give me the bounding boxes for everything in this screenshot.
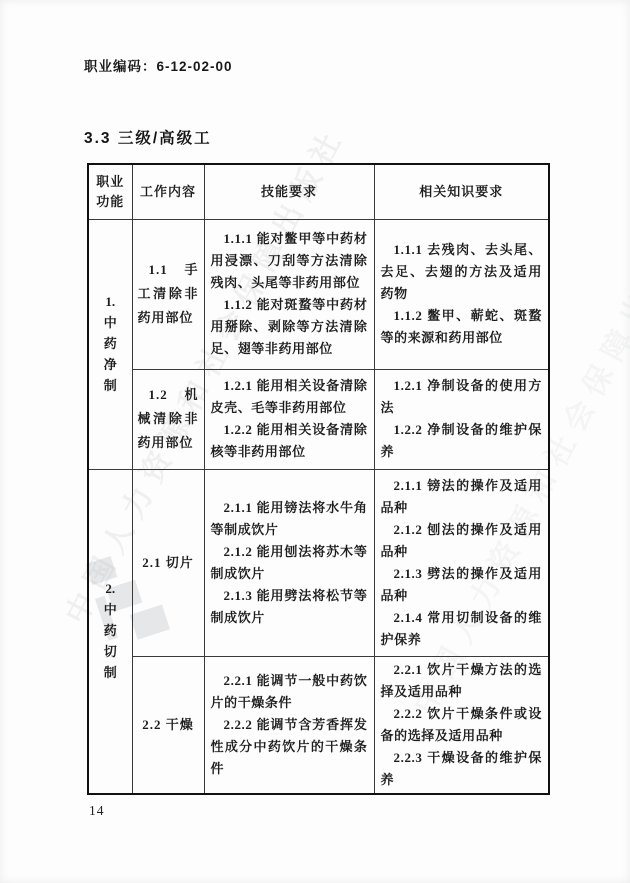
skill-item: 2.2.2 能调节含芳香挥发性成分中药饮片的干燥条件: [208, 714, 371, 780]
skill-cell-2-2: 2.2.1 能调节一般中药饮片的干燥条件 2.2.2 能调节含芳香挥发性成分中药…: [204, 656, 374, 794]
function-number: 2.: [92, 579, 129, 599]
knowledge-item: 1.2.2 净制设备的维护保养: [378, 419, 546, 463]
knowledge-item: 2.2.1 饮片干燥方法的选择及适用品种: [378, 659, 546, 703]
function-cell-1: 1. 中药净制: [88, 219, 132, 469]
table-header-row: 职业功能 工作内容 技能要求 相关知识要求: [88, 164, 549, 219]
page-number: 14: [89, 803, 105, 819]
skill-item: 2.2.1 能调节一般中药饮片的干燥条件: [208, 670, 371, 714]
skill-item: 1.2.2 能用相关设备清除核等非药用部位: [208, 419, 371, 463]
knowledge-item: 2.1.3 劈法的操作及适用品种: [378, 563, 546, 607]
document-page: 中国人力资源和社会保障出版社 中国人力资源和社会保障出版社 职业编码：6-12-…: [0, 0, 630, 883]
work-cell-2-2: 2.2 干燥: [132, 656, 204, 794]
work-item: 1.1 手工清除非药用部位: [136, 258, 201, 330]
work-item: 2.1 切片: [136, 551, 201, 575]
knowledge-item: 2.1.4 常用切制设备的维护保养: [378, 607, 546, 651]
knowledge-cell-2-2: 2.2.1 饮片干燥方法的选择及适用品种 2.2.2 饮片干燥条件或设备的选择及…: [374, 656, 549, 794]
knowledge-cell-2-1: 2.1.1 镑法的操作及适用品种 2.1.2 刨法的操作及适用品种 2.1.3 …: [374, 469, 549, 656]
col-header-work: 工作内容: [132, 164, 204, 219]
function-name: 中药净制: [104, 312, 117, 396]
work-item: 1.2 机械清除非药用部位: [136, 383, 201, 455]
knowledge-item: 2.1.2 刨法的操作及适用品种: [378, 519, 546, 563]
skill-item: 2.1.3 能用劈法将松节等制成饮片: [208, 585, 371, 629]
table-row: 2. 中药切制 2.1 切片 2.1.1 能用镑法将水牛角等制成饮片 2.1.2…: [88, 469, 549, 656]
knowledge-item: 1.2.1 净制设备的使用方法: [378, 375, 546, 419]
skill-item: 1.1.1 能对鳖甲等中药材用浸漂、刀刮等方法清除残肉、头尾等非药用部位: [208, 228, 371, 294]
knowledge-item: 1.1.1 去残肉、去头尾、去足、去翅的方法及适用药物: [378, 239, 546, 305]
work-cell-1-2: 1.2 机械清除非药用部位: [132, 369, 204, 469]
skill-cell-1-1: 1.1.1 能对鳖甲等中药材用浸漂、刀刮等方法清除残肉、头尾等非药用部位 1.1…: [204, 219, 374, 369]
function-number: 1.: [92, 292, 129, 312]
function-name: 中药切制: [104, 599, 117, 683]
requirements-table: 职业功能 工作内容 技能要求 相关知识要求 1. 中药净制 1.1 手工清除非药…: [87, 163, 550, 795]
knowledge-item: 2.2.3 干燥设备的维护保养: [378, 747, 546, 791]
skill-cell-2-1: 2.1.1 能用镑法将水牛角等制成饮片 2.1.2 能用刨法将苏木等制成饮片 2…: [204, 469, 374, 656]
knowledge-item: 2.1.1 镑法的操作及适用品种: [378, 475, 546, 519]
table-row: 2.2 干燥 2.2.1 能调节一般中药饮片的干燥条件 2.2.2 能调节含芳香…: [88, 656, 549, 794]
work-item: 2.2 干燥: [136, 713, 201, 737]
occupation-code: 职业编码：6-12-02-00: [84, 55, 233, 75]
knowledge-item: 2.2.2 饮片干燥条件或设备的选择及适用品种: [378, 703, 546, 747]
table-row: 1. 中药净制 1.1 手工清除非药用部位 1.1.1 能对鳖甲等中药材用浸漂、…: [88, 219, 549, 369]
knowledge-item: 1.1.2 鳖甲、蕲蛇、斑蝥等的来源和药用部位: [378, 305, 546, 349]
skill-item: 1.1.2 能对斑蝥等中药材用掰除、剥除等方法清除足、翅等非药用部位: [208, 294, 371, 360]
skill-item: 2.1.2 能用刨法将苏木等制成饮片: [208, 541, 371, 585]
col-header-skill: 技能要求: [204, 164, 374, 219]
work-cell-1-1: 1.1 手工清除非药用部位: [132, 219, 204, 369]
col-header-knowledge: 相关知识要求: [374, 164, 549, 219]
knowledge-cell-1-1: 1.1.1 去残肉、去头尾、去足、去翅的方法及适用药物 1.1.2 鳖甲、蕲蛇、…: [374, 219, 549, 369]
skill-item: 2.1.1 能用镑法将水牛角等制成饮片: [208, 497, 371, 541]
section-heading: 3.3 三级/高级工: [84, 126, 212, 148]
function-cell-2: 2. 中药切制: [88, 469, 132, 794]
skill-item: 1.2.1 能用相关设备清除皮壳、毛等非药用部位: [208, 375, 371, 419]
skill-cell-1-2: 1.2.1 能用相关设备清除皮壳、毛等非药用部位 1.2.2 能用相关设备清除核…: [204, 369, 374, 469]
knowledge-cell-1-2: 1.2.1 净制设备的使用方法 1.2.2 净制设备的维护保养: [374, 369, 549, 469]
col-header-function: 职业功能: [88, 164, 132, 219]
table-row: 1.2 机械清除非药用部位 1.2.1 能用相关设备清除皮壳、毛等非药用部位 1…: [88, 369, 549, 469]
work-cell-2-1: 2.1 切片: [132, 469, 204, 656]
